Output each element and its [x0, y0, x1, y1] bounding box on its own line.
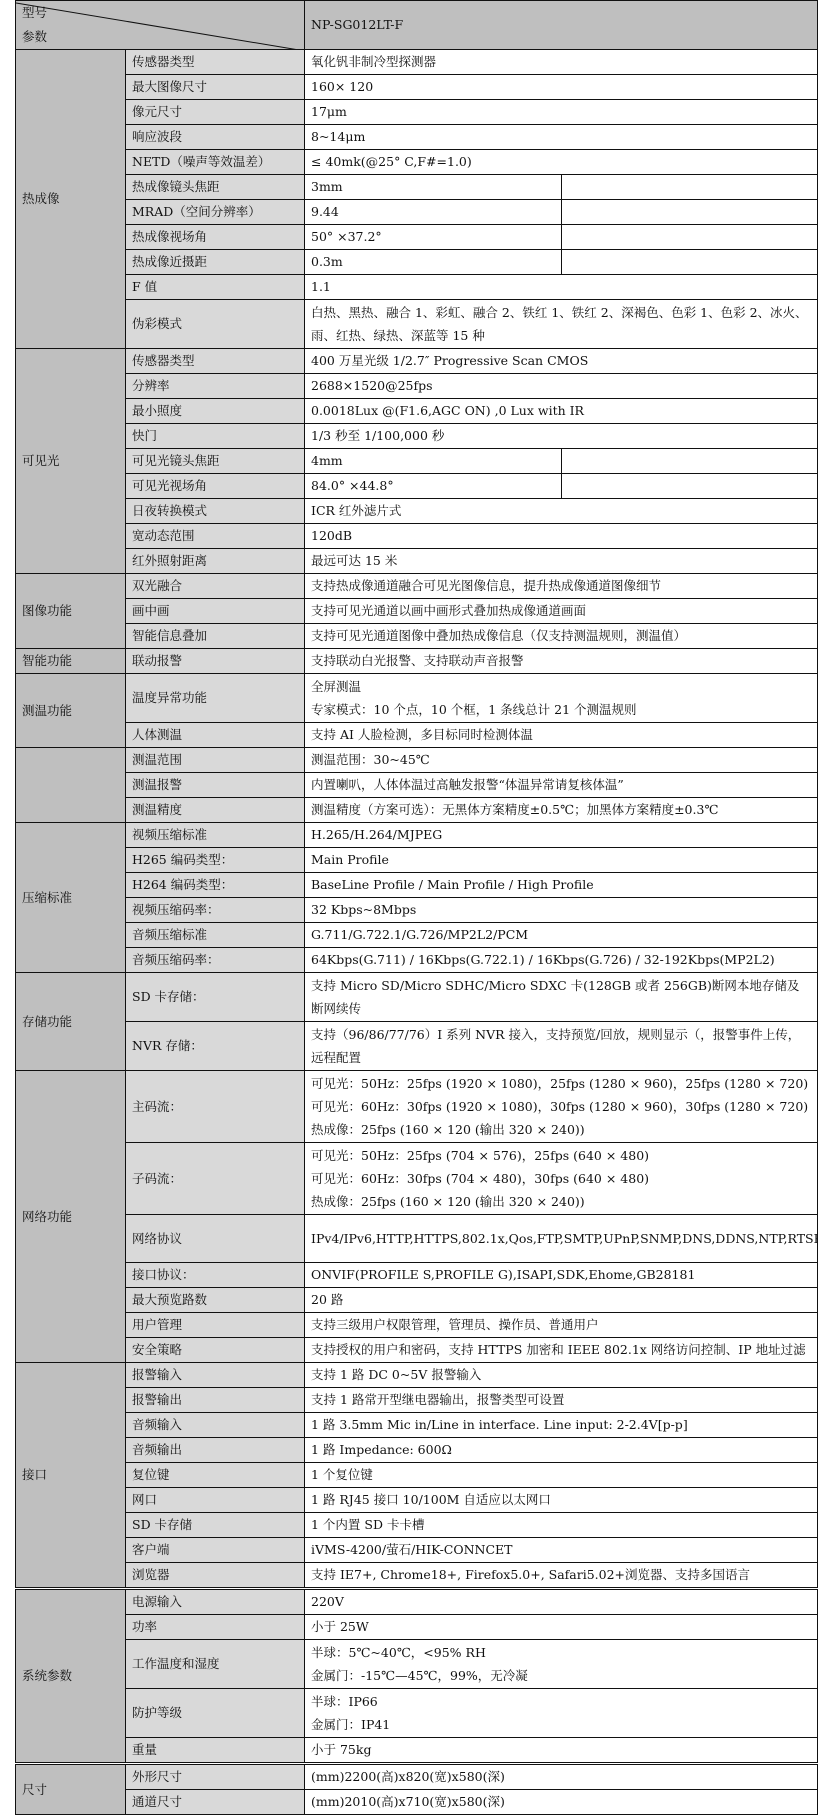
row-label: 分辨率: [126, 374, 305, 399]
row-label: 安全策略: [126, 1338, 305, 1363]
row-value: 支持 1 路 DC 0~5V 报警输入: [305, 1363, 818, 1388]
table-row: 网络功能主码流：可见光：50Hz：25fps (1920 × 1080)，25f…: [16, 1071, 818, 1143]
row-label: 主码流：: [126, 1071, 305, 1143]
group-size: 尺寸: [16, 1764, 126, 1802]
table-row: 尺寸外形尺寸(mm)2200(高)x820(宽)x580(深): [16, 1764, 818, 1790]
table-row: 画中画支持可见光通道以画中画形式叠加热成像通道画面: [16, 599, 818, 624]
group-smart: 智能功能: [16, 649, 126, 674]
table-row: 浏览器支持 IE7+, Chrome18+, Firefox5.0+, Safa…: [16, 1563, 818, 1589]
row-label: 音频输出: [126, 1438, 305, 1463]
row-value: 0.0018Lux @(F1.6,AGC ON) ,0 Lux with IR: [305, 399, 818, 424]
row-label: 热成像镜头焦距: [126, 175, 305, 200]
value-line: 热成像：25fps (160 × 120 (输出 320 × 240)): [311, 1118, 811, 1141]
row-label: H264 编码类型：: [126, 873, 305, 898]
value-line: 金属门：IP41: [311, 1713, 811, 1736]
row-label: 热成像视场角: [126, 225, 305, 250]
value-line: 金属门：-15℃—45℃，99%，无冷凝: [311, 1664, 811, 1687]
row-value: 测温范围：30~45℃: [305, 748, 818, 773]
row-value: 17μm: [305, 100, 818, 125]
table-row: 红外照射距离最远可达 15 米: [16, 549, 818, 574]
group-visible: 可见光: [16, 349, 126, 574]
row-label: 防护等级: [126, 1689, 305, 1738]
row-value: 支持 1 路常开型继电器输出，报警类型可设置: [305, 1388, 818, 1413]
table-row: 视频压缩码率：32 Kbps~8Mbps: [16, 898, 818, 923]
table-row: 热成像近摄距0.3m: [16, 250, 818, 275]
table-row: H264 编码类型：BaseLine Profile / Main Profil…: [16, 873, 818, 898]
table-row: 功率小于 25W: [16, 1615, 818, 1640]
row-value: 支持授权的用户和密码，支持 HTTPS 加密和 IEEE 802.1x 网络访问…: [305, 1338, 818, 1363]
table-row: 智能信息叠加支持可见光通道图像中叠加热成像信息（仅支持测温规则，测温值）: [16, 624, 818, 649]
row-value: 20 路: [305, 1288, 818, 1313]
value-line: 半球：5℃~40℃，<95% RH: [311, 1641, 811, 1664]
row-extra: [562, 175, 818, 200]
row-value: ≤ 40mk(@25° C,F#=1.0): [305, 150, 818, 175]
row-value: BaseLine Profile / Main Profile / High P…: [305, 873, 818, 898]
value-line: 热成像：25fps (160 × 120 (输出 320 × 240)): [311, 1190, 811, 1213]
group-storage: 存储功能: [16, 973, 126, 1071]
row-value: IPv4/IPv6,HTTP,HTTPS,802.1x,Qos,FTP,SMTP…: [305, 1215, 818, 1263]
row-label: SD 卡存储: [126, 1513, 305, 1538]
row-value: 32 Kbps~8Mbps: [305, 898, 818, 923]
row-label: 网络协议: [126, 1215, 305, 1263]
row-value: 支持可见光通道图像中叠加热成像信息（仅支持测温规则，测温值）: [305, 624, 818, 649]
table-row: 防护等级半球：IP66金属门：IP41: [16, 1689, 818, 1738]
row-value: 1/3 秒至 1/100,000 秒: [305, 424, 818, 449]
value-line: 可见光：50Hz：25fps (704 × 576)，25fps (640 × …: [311, 1144, 811, 1167]
row-value: 白热、黑热、融合 1、彩虹、融合 2、铁红 1、铁红 2、深褐色、色彩 1、色彩…: [305, 300, 818, 349]
row-value: 220V: [305, 1589, 818, 1615]
table-row: 图像功能双光融合支持热成像通道融合可见光图像信息，提升热成像通道图像细节: [16, 574, 818, 599]
row-value: (mm)2200(高)x820(宽)x580(深): [305, 1764, 818, 1790]
row-label: 可见光视场角: [126, 474, 305, 499]
table-row: 测温范围测温范围：30~45℃: [16, 748, 818, 773]
table-row: 快门1/3 秒至 1/100,000 秒: [16, 424, 818, 449]
row-label: 浏览器: [126, 1563, 305, 1589]
row-value: 1 路 RJ45 接口 10/100M 自适应以太网口: [305, 1488, 818, 1513]
row-value: 400 万星光级 1/2.7″ Progressive Scan CMOS: [305, 349, 818, 374]
row-label: NVR 存储：: [126, 1022, 305, 1071]
table-row: 宽动态范围120dB: [16, 524, 818, 549]
row-value: 可见光：50Hz：25fps (704 × 576)，25fps (640 × …: [305, 1143, 818, 1215]
row-value: 可见光：50Hz：25fps (1920 × 1080)，25fps (1280…: [305, 1071, 818, 1143]
row-value: 支持（96/86/77/76）I 系列 NVR 接入，支持预览/回放，规则显示（…: [305, 1022, 818, 1071]
row-value: 内置喇叭，人体体温过高触发报警“体温异常请复核体温”: [305, 773, 818, 798]
row-extra: [562, 474, 818, 499]
row-label: 最大预览路数: [126, 1288, 305, 1313]
row-label: 传感器类型: [126, 349, 305, 374]
table-row: 压缩标准视频压缩标准H.265/H.264/MJPEG: [16, 823, 818, 848]
row-label: 视频压缩标准: [126, 823, 305, 848]
row-label: 日夜转换模式: [126, 499, 305, 524]
row-value: ONVIF(PROFILE S,PROFILE G),ISAPI,SDK,Eho…: [305, 1263, 818, 1288]
row-label: 用户管理: [126, 1313, 305, 1338]
row-value: 支持联动白光报警、支持联动声音报警: [305, 649, 818, 674]
row-label: 双光融合: [126, 574, 305, 599]
table-row: 系统参数电源输入220V: [16, 1589, 818, 1615]
group-system: 系统参数: [16, 1589, 126, 1764]
row-value: H.265/H.264/MJPEG: [305, 823, 818, 848]
table-row: 测温报警内置喇叭，人体体温过高触发报警“体温异常请复核体温”: [16, 773, 818, 798]
row-value: 160× 120: [305, 75, 818, 100]
value-line: 可见光：50Hz：25fps (1920 × 1080)，25fps (1280…: [311, 1072, 811, 1095]
table-row: NETD（噪声等效温差）≤ 40mk(@25° C,F#=1.0): [16, 150, 818, 175]
row-label: 画中画: [126, 599, 305, 624]
row-extra: [562, 250, 818, 275]
row-label: 联动报警: [126, 649, 305, 674]
value-line: 半球：IP66: [311, 1690, 811, 1713]
row-value: 1.1: [305, 275, 818, 300]
row-label: F 值: [126, 275, 305, 300]
row-label: 热成像近摄距: [126, 250, 305, 275]
table-row: 重量小于 75kg: [16, 1738, 818, 1764]
row-label: NETD（噪声等效温差）: [126, 150, 305, 175]
header-row: 型号 参数 NP-SG012LT-F: [16, 1, 818, 50]
row-value: 支持 Micro SD/Micro SDHC/Micro SDXC 卡(128G…: [305, 973, 818, 1022]
table-row: 报警输出支持 1 路常开型继电器输出，报警类型可设置: [16, 1388, 818, 1413]
row-label: 视频压缩码率：: [126, 898, 305, 923]
table-row: 智能功能联动报警支持联动白光报警、支持联动声音报警: [16, 649, 818, 674]
table-row: 响应波段8~14μm: [16, 125, 818, 150]
table-row: 音频输入1 路 3.5mm Mic in/Line in interface. …: [16, 1413, 818, 1438]
table-row: 音频压缩标准G.711/G.722.1/G.726/MP2L2/PCM: [16, 923, 818, 948]
row-label: 红外照射距离: [126, 549, 305, 574]
row-value: 支持可见光通道以画中画形式叠加热成像通道画面: [305, 599, 818, 624]
row-label: 工作温度和湿度: [126, 1640, 305, 1689]
row-value: 氧化钒非制冷型探测器: [305, 50, 818, 75]
row-value: 2688×1520@25fps: [305, 374, 818, 399]
row-value: 半球：IP66金属门：IP41: [305, 1689, 818, 1738]
spec-table: 型号 参数 NP-SG012LT-F 热成像传感器类型氧化钒非制冷型探测器 最大…: [15, 0, 818, 1801]
row-extra: [562, 449, 818, 474]
row-label: 温度异常功能: [126, 674, 305, 723]
row-value: 支持 AI 人脸检测，多目标同时检测体温: [305, 723, 818, 748]
row-value: 3mm: [305, 175, 562, 200]
row-label: 功率: [126, 1615, 305, 1640]
row-value: (mm)2010(高)x710(宽)x580(深): [305, 1790, 818, 1802]
row-label: 快门: [126, 424, 305, 449]
diagonal-header-cell: 型号 参数: [16, 1, 305, 50]
row-value: 9.44: [305, 200, 562, 225]
table-row: MRAD（空间分辨率）9.44: [16, 200, 818, 225]
row-value: 84.0° ×44.8°: [305, 474, 562, 499]
diagonal-line: [16, 1, 305, 50]
model-value: NP-SG012LT-F: [305, 1, 818, 50]
row-label: 报警输入: [126, 1363, 305, 1388]
table-row: 可见光视场角84.0° ×44.8°: [16, 474, 818, 499]
table-row: SD 卡存储1 个内置 SD 卡卡槽: [16, 1513, 818, 1538]
row-value: 1 个内置 SD 卡卡槽: [305, 1513, 818, 1538]
table-row: 客户端iVMS-4200/萤石/HIK-CONNCET: [16, 1538, 818, 1563]
table-row: 热成像视场角50° ×37.2°: [16, 225, 818, 250]
row-value: 最远可达 15 米: [305, 549, 818, 574]
table-row: F 值1.1: [16, 275, 818, 300]
value-line: 可见光：60Hz：30fps (704 × 480)，30fps (640 × …: [311, 1167, 811, 1190]
row-value: G.711/G.722.1/G.726/MP2L2/PCM: [305, 923, 818, 948]
table-row: 网口1 路 RJ45 接口 10/100M 自适应以太网口: [16, 1488, 818, 1513]
row-label: 测温报警: [126, 773, 305, 798]
row-label: 测温精度: [126, 798, 305, 823]
table-row: 复位键1 个复位键: [16, 1463, 818, 1488]
table-row: 网络协议IPv4/IPv6,HTTP,HTTPS,802.1x,Qos,FTP,…: [16, 1215, 818, 1263]
table-row: 热成像镜头焦距3mm: [16, 175, 818, 200]
row-label: 子码流：: [126, 1143, 305, 1215]
spec-table-container: 型号 参数 NP-SG012LT-F 热成像传感器类型氧化钒非制冷型探测器 最大…: [15, 0, 818, 1801]
value-line: 专家模式：10 个点，10 个框，1 条线总计 21 个测温规则: [311, 698, 811, 721]
row-label: 通道尺寸: [126, 1790, 305, 1802]
row-label: 可见光镜头焦距: [126, 449, 305, 474]
row-label: 重量: [126, 1738, 305, 1764]
row-value: 8~14μm: [305, 125, 818, 150]
row-value: 小于 25W: [305, 1615, 818, 1640]
row-label: 客户端: [126, 1538, 305, 1563]
row-label: 接口协议：: [126, 1263, 305, 1288]
row-value: 120dB: [305, 524, 818, 549]
row-extra: [562, 225, 818, 250]
model-label: 型号: [22, 5, 47, 21]
table-row: 最大预览路数20 路: [16, 1288, 818, 1313]
row-value: iVMS-4200/萤石/HIK-CONNCET: [305, 1538, 818, 1563]
row-label: H265 编码类型：: [126, 848, 305, 873]
table-row: 音频压缩码率：64Kbps(G.711) / 16Kbps(G.722.1) /…: [16, 948, 818, 973]
row-label: 网口: [126, 1488, 305, 1513]
row-value: 50° ×37.2°: [305, 225, 562, 250]
table-row: 通道尺寸(mm)2010(高)x710(宽)x580(深): [16, 1790, 818, 1802]
table-row: 接口协议：ONVIF(PROFILE S,PROFILE G),ISAPI,SD…: [16, 1263, 818, 1288]
table-row: 测温功能温度异常功能全屏测温专家模式：10 个点，10 个框，1 条线总计 21…: [16, 674, 818, 723]
table-row: 最小照度0.0018Lux @(F1.6,AGC ON) ,0 Lux with…: [16, 399, 818, 424]
row-value: 支持热成像通道融合可见光图像信息，提升热成像通道图像细节: [305, 574, 818, 599]
row-label: 音频输入: [126, 1413, 305, 1438]
table-row: 像元尺寸17μm: [16, 100, 818, 125]
row-label: SD 卡存储：: [126, 973, 305, 1022]
group-thermal: 热成像: [16, 50, 126, 349]
row-value: 支持三级用户权限管理，管理员、操作员、普通用户: [305, 1313, 818, 1338]
row-extra: [562, 200, 818, 225]
table-row: 子码流：可见光：50Hz：25fps (704 × 576)，25fps (64…: [16, 1143, 818, 1215]
group-temp: 测温功能: [16, 674, 126, 748]
table-row: 安全策略支持授权的用户和密码，支持 HTTPS 加密和 IEEE 802.1x …: [16, 1338, 818, 1363]
table-row: 热成像传感器类型氧化钒非制冷型探测器: [16, 50, 818, 75]
table-row: 最大图像尺寸160× 120: [16, 75, 818, 100]
row-label: 音频压缩码率：: [126, 948, 305, 973]
row-label: 音频压缩标准: [126, 923, 305, 948]
row-label: 最小照度: [126, 399, 305, 424]
row-value: ICR 红外滤片式: [305, 499, 818, 524]
group-image: 图像功能: [16, 574, 126, 649]
table-row: 可见光传感器类型400 万星光级 1/2.7″ Progressive Scan…: [16, 349, 818, 374]
group-compress: 压缩标准: [16, 823, 126, 973]
row-label: 响应波段: [126, 125, 305, 150]
value-line: 全屏测温: [311, 675, 811, 698]
table-row: 伪彩模式白热、黑热、融合 1、彩虹、融合 2、铁红 1、铁红 2、深褐色、色彩 …: [16, 300, 818, 349]
table-row: 可见光镜头焦距4mm: [16, 449, 818, 474]
row-label: 最大图像尺寸: [126, 75, 305, 100]
table-row: 测温精度测温精度（方案可选）：无黑体方案精度±0.5℃；加黑体方案精度±0.3℃: [16, 798, 818, 823]
row-value: 半球：5℃~40℃，<95% RH金属门：-15℃—45℃，99%，无冷凝: [305, 1640, 818, 1689]
row-label: 外形尺寸: [126, 1764, 305, 1790]
table-row: 用户管理支持三级用户权限管理，管理员、操作员、普通用户: [16, 1313, 818, 1338]
row-value: 全屏测温专家模式：10 个点，10 个框，1 条线总计 21 个测温规则: [305, 674, 818, 723]
table-row: 日夜转换模式ICR 红外滤片式: [16, 499, 818, 524]
row-label: 传感器类型: [126, 50, 305, 75]
row-label: 宽动态范围: [126, 524, 305, 549]
group-temp2: [16, 748, 126, 823]
row-label: 复位键: [126, 1463, 305, 1488]
row-label: MRAD（空间分辨率）: [126, 200, 305, 225]
table-row: H265 编码类型：Main Profile: [16, 848, 818, 873]
row-value: 小于 75kg: [305, 1738, 818, 1764]
row-value: 1 路 3.5mm Mic in/Line in interface. Line…: [305, 1413, 818, 1438]
table-row: NVR 存储：支持（96/86/77/76）I 系列 NVR 接入，支持预览/回…: [16, 1022, 818, 1071]
table-row: 接口报警输入支持 1 路 DC 0~5V 报警输入: [16, 1363, 818, 1388]
row-label: 伪彩模式: [126, 300, 305, 349]
table-row: 音频输出1 路 Impedance: 600Ω: [16, 1438, 818, 1463]
table-row: 工作温度和湿度半球：5℃~40℃，<95% RH金属门：-15℃—45℃，99%…: [16, 1640, 818, 1689]
row-value: 1 个复位键: [305, 1463, 818, 1488]
table-row: 人体测温支持 AI 人脸检测，多目标同时检测体温: [16, 723, 818, 748]
table-row: 分辨率2688×1520@25fps: [16, 374, 818, 399]
row-label: 人体测温: [126, 723, 305, 748]
row-label: 电源输入: [126, 1589, 305, 1615]
row-value: 64Kbps(G.711) / 16Kbps(G.722.1) / 16Kbps…: [305, 948, 818, 973]
row-label: 测温范围: [126, 748, 305, 773]
group-interface: 接口: [16, 1363, 126, 1589]
row-value: 4mm: [305, 449, 562, 474]
group-network: 网络功能: [16, 1071, 126, 1363]
row-label: 报警输出: [126, 1388, 305, 1413]
param-label: 参数: [22, 29, 47, 45]
table-row: 存储功能SD 卡存储：支持 Micro SD/Micro SDHC/Micro …: [16, 973, 818, 1022]
value-line: 可见光：60Hz：30fps (1920 × 1080)，30fps (1280…: [311, 1095, 811, 1118]
row-value: 1 路 Impedance: 600Ω: [305, 1438, 818, 1463]
row-value: 支持 IE7+, Chrome18+, Firefox5.0+, Safari5…: [305, 1563, 818, 1589]
row-value: 0.3m: [305, 250, 562, 275]
row-label: 智能信息叠加: [126, 624, 305, 649]
row-label: 像元尺寸: [126, 100, 305, 125]
row-value: 测温精度（方案可选）：无黑体方案精度±0.5℃；加黑体方案精度±0.3℃: [305, 798, 818, 823]
row-value: Main Profile: [305, 848, 818, 873]
